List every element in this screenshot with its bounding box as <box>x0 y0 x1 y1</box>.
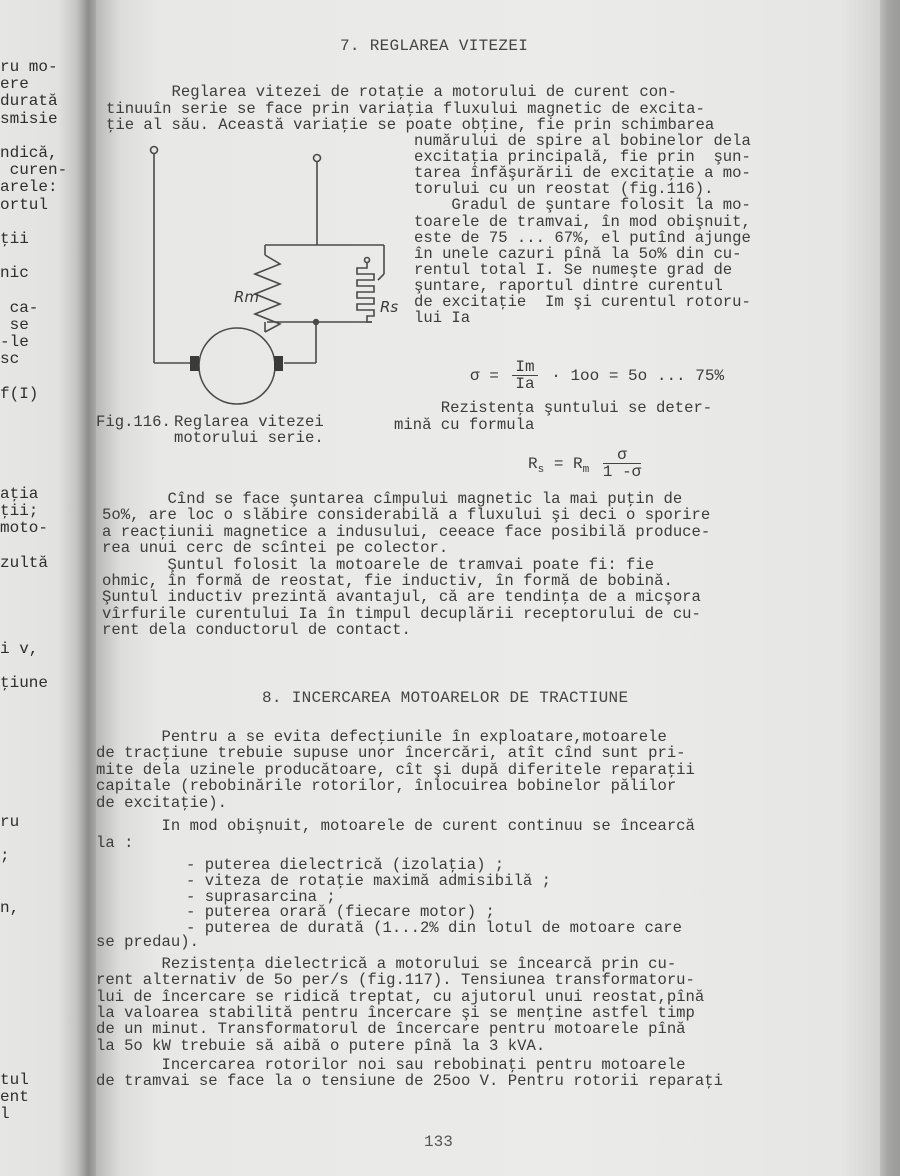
paragraph-line: mite dela uzinele producătoare, cît şi d… <box>96 762 695 778</box>
paragraph-line: 5o%, are loc o slăbire considerabilă a f… <box>102 507 710 523</box>
previous-page-line: smisie <box>0 111 58 128</box>
previous-page-line: ţii; <box>0 503 38 520</box>
previous-page-line: ru mo- <box>0 59 58 76</box>
section-8-heading: 8. INCERCAREA MOTOARELOR DE TRACTIUNE <box>262 690 628 706</box>
previous-page-line: nic <box>0 265 29 282</box>
paragraph-line: la valoarea stabilită pentru încercare ş… <box>96 1005 695 1021</box>
right-terminal-icon <box>314 155 321 162</box>
paragraph-line: la : <box>96 835 133 851</box>
previous-page-line: aţia <box>0 486 38 503</box>
paragraph-line: ţie al său. Această variaţie se poate ob… <box>106 117 714 133</box>
previous-page-line: ortul <box>0 197 48 214</box>
previous-page-line: ; <box>0 848 10 865</box>
paragraph-line: rent alternativ de 5o per/s (fig.117). T… <box>96 972 695 988</box>
list-item: - puterea de durată (1...2% din lotul de… <box>186 920 682 936</box>
paragraph-line: Cînd se face şuntarea cîmpului magnetic … <box>102 491 682 507</box>
previous-page-line: sc <box>0 351 19 368</box>
paragraph-line: rea unui cerc de scîntei pe colector. <box>102 540 448 556</box>
paragraph-line: ohmic, în formă de reostat, fie inductiv… <box>102 573 673 589</box>
previous-page-line: arele: <box>0 179 58 196</box>
paragraph-line: Reglarea vitezei de rotaţie a motorului … <box>106 84 677 100</box>
previous-page-line: i v, <box>0 641 38 658</box>
paragraph-line: de tramvai se face la o tensiune de 25oo… <box>96 1073 723 1089</box>
formula-2-eq: = <box>554 455 564 473</box>
previous-page-line: n, <box>0 900 19 917</box>
paragraph-line: Incercarea rotorilor noi sau rebobinaţi … <box>96 1057 686 1073</box>
paragraph-line: Şuntul folosit la motoarele de tramvai p… <box>102 557 654 573</box>
paragraph-line: rent dela conductorul de contact. <box>102 622 411 638</box>
paragraph-line: torului cu un reostat (fig.116). <box>414 181 713 197</box>
formula-1-denominator: Ia <box>512 376 537 392</box>
left-terminal-icon <box>151 147 158 154</box>
previous-page-margin: ru mo-ereduratăsmisiendică, curen-arele:… <box>0 0 96 1176</box>
formula-1-numerator: Im <box>512 360 537 376</box>
formula-shunt-resistance: Rs = Rm σ 1 -σ <box>528 448 645 480</box>
page-number: 133 <box>424 1134 453 1150</box>
previous-page-line: tul <box>0 1072 29 1089</box>
paragraph-line: lui Ia <box>414 310 470 326</box>
brush-left-icon <box>190 356 199 371</box>
paragraph-line: a reacţiunii magnetice a indusului, ceea… <box>102 524 710 540</box>
previous-page-line: ere <box>0 76 29 93</box>
paragraph-line: la 5o kW trebuie să aibă o putere pînă l… <box>96 1038 545 1054</box>
previous-page-line: ţiune <box>0 675 48 692</box>
previous-page-line: -le <box>0 334 29 351</box>
previous-page-line: ent <box>0 1089 29 1106</box>
previous-page-line: se <box>0 317 29 334</box>
paragraph-line: vîrfurile curentului Ia în timpul decupl… <box>102 606 701 622</box>
previous-page-line: zultă <box>0 555 48 572</box>
figure-caption-label: Fig.116. <box>96 414 171 430</box>
previous-page-line: f(I) <box>0 386 38 403</box>
brush-right-icon <box>274 356 283 371</box>
formula-2-denominator: 1 -σ <box>603 464 641 480</box>
paragraph-line: şuntare, raportul dintre curentul <box>414 278 723 294</box>
list-item: - viteza de rotaţie maximă admisibilă ; <box>186 873 551 889</box>
formula-1-rhs: · 1oo = 5o ... 75% <box>551 367 724 385</box>
paragraph-line: Pentru a se evita defecţiunile în exploa… <box>96 729 667 745</box>
paragraph-line: Gradul de şuntare folosit la mo- <box>414 197 751 213</box>
paragraph-line: în unele cazuri pînă la 5o% din cu- <box>414 246 742 262</box>
rheostat-slider-icon <box>365 258 370 263</box>
formula-2-numerator: σ <box>603 448 641 464</box>
series-motor-circuit-diagram: Rm Rs <box>112 134 402 414</box>
formula-2-fraction: σ 1 -σ <box>603 448 641 480</box>
formula-2-rhs: Rm <box>573 455 589 473</box>
paragraph-line: excitaţia principală, fie prin şun- <box>414 149 751 165</box>
previous-page-line: ndică, <box>0 145 58 162</box>
formula-2-lhs: Rs <box>528 455 544 473</box>
paragraph-line: este de 75 ... 67%, el putînd ajunge <box>414 230 751 246</box>
paragraph-line: tarea înfăşurării de excitaţie a mo- <box>414 165 751 181</box>
previous-page-line: l <box>0 1106 10 1123</box>
list-item: - puterea orară (fiecare motor) ; <box>186 904 495 920</box>
paragraph-line: de excitaţie). <box>96 795 227 811</box>
paragraph-line: Rezistenţa dielectrică a motorului se în… <box>96 956 676 972</box>
list-item: - suprasarcina ; <box>186 889 336 905</box>
paragraph-line: Şuntul inductiv prezintă avantajul, că a… <box>102 589 701 605</box>
paragraph-line: mină cu formula <box>394 417 534 433</box>
paragraph-line: lui de încercare se ridică treptat, cu a… <box>96 989 704 1005</box>
right-page-edge <box>880 0 900 1176</box>
resistor-rs-rheostat-icon <box>357 263 374 322</box>
formula-1-fraction: Im Ia <box>512 360 537 392</box>
previous-page-line: curen- <box>0 162 67 179</box>
paragraph-line: Rezistenţa şuntului se deter- <box>394 400 712 416</box>
paragraph-line: toarele de tramvai, în mod obişnuit, <box>414 214 751 230</box>
figure-caption-line: motorului serie. <box>174 430 324 446</box>
formula-1-lhs: σ = <box>470 367 499 385</box>
paragraph-line: de tracţiune trebuie supuse unor încercă… <box>96 745 686 761</box>
paragraph-line: capitale (rebobinările rotorilor, înlocu… <box>96 778 676 794</box>
previous-page-line: ca- <box>0 300 38 317</box>
paragraph-line: de un minut. Transformatorul de încercar… <box>96 1021 686 1037</box>
figure-caption-line: Reglarea vitezei <box>174 414 324 430</box>
section-7-heading: 7. REGLAREA VITEZEI <box>340 38 528 54</box>
label-rm: Rm <box>234 288 259 306</box>
paragraph-line: tinuuîn serie se face prin variaţia flux… <box>106 101 705 117</box>
paragraph-line: In mod obişnuit, motoarele de curent con… <box>96 818 695 834</box>
section-8-list-continuation: se predau). <box>96 934 199 950</box>
list-item: - puterea dielectrică (izolaţia) ; <box>186 857 504 873</box>
paragraph-line: rentul total I. Se numeşte grad de <box>414 262 732 278</box>
previous-page-line: durată <box>0 93 58 110</box>
previous-page-line: ru <box>0 814 19 831</box>
paragraph-line: de excitaţie Im şi curentul rotoru- <box>414 294 751 310</box>
paragraph-line: numărului de spire al bobinelor dela <box>414 133 751 149</box>
previous-page-line: moto- <box>0 520 48 537</box>
previous-page-line: ţii <box>0 231 29 248</box>
motor-armature-icon <box>199 328 275 404</box>
label-rs: Rs <box>380 298 398 316</box>
formula-shunt-degree: σ = Im Ia · 1oo = 5o ... 75% <box>470 360 724 392</box>
